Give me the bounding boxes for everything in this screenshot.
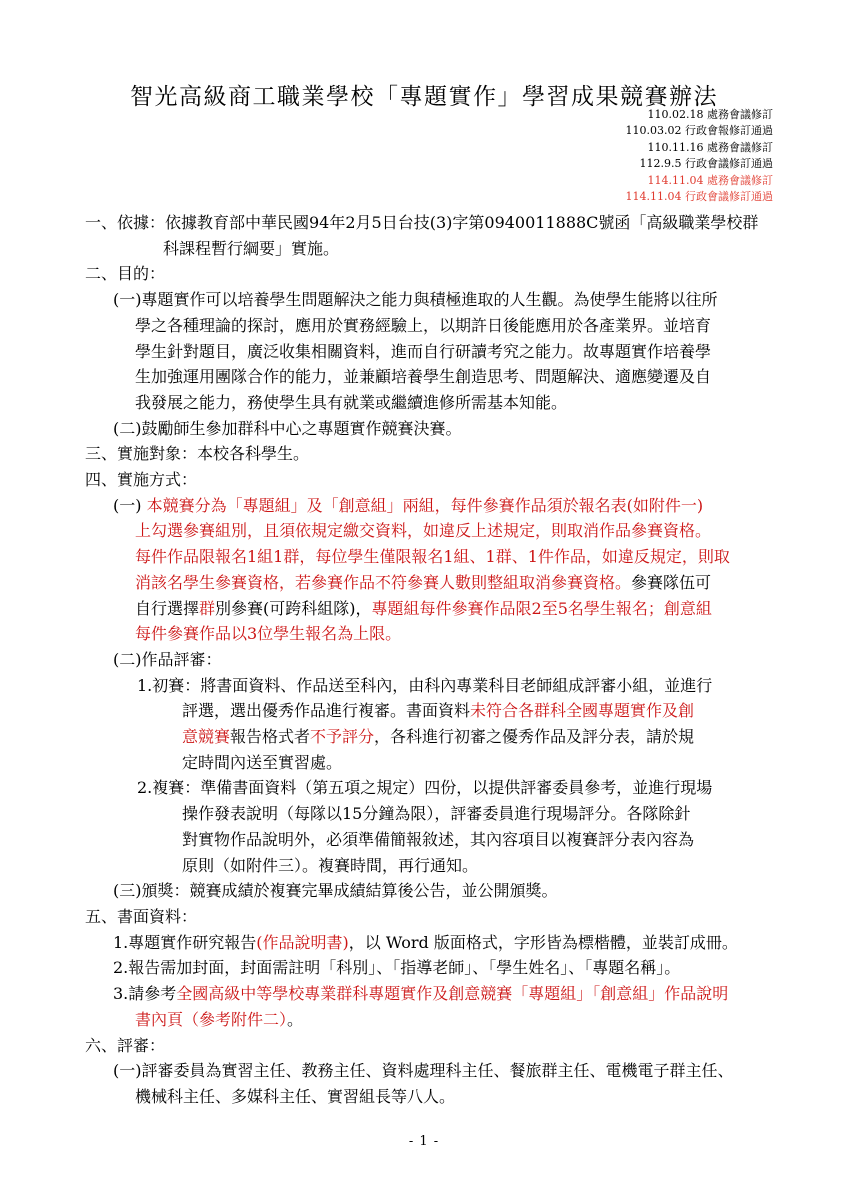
text-segment: 書內頁（參考附件二） bbox=[135, 1010, 287, 1029]
document-line: 消該名學生參賽資格，若參賽作品不符參賽人數則整組取消參賽資格。參賽隊伍可 bbox=[0, 570, 848, 596]
document-line: 生加強運用團隊合作的能力，並兼顧培養學生創造思考、問題解決、適應變遷及自 bbox=[0, 364, 848, 390]
text-segment: 上勾選參賽組別，且須依規定繳交資料，如違反上述規定，則取消作品參賽資格。 bbox=[135, 521, 711, 540]
text-segment: 五、書面資料： bbox=[85, 907, 197, 926]
document-line: (二)作品評審： bbox=[0, 647, 848, 673]
text-segment: 六、評審： bbox=[85, 1036, 165, 1055]
document-line: 我發展之能力，務使學生具有就業或繼續進修所需基本知能。 bbox=[0, 390, 848, 416]
text-segment: 參賽隊伍可 bbox=[631, 573, 711, 592]
document-line: 每件參賽作品以3位學生報名為上限。 bbox=[0, 621, 848, 647]
text-segment: 科課程暫行綱要」實施。 bbox=[163, 239, 339, 258]
revision-entry: 110.11.16 處務會議修訂 bbox=[626, 140, 773, 156]
document-line: 機械科主任、多媒科主任、實習組長等八人。 bbox=[0, 1084, 848, 1110]
document-line: 學生針對題目，廣泛收集相關資料，進而自行研讀考究之能力。故專題實作培養學 bbox=[0, 339, 848, 365]
text-segment: 消該名學生參賽資格，若參賽作品不符參賽人數則整組取消參賽資格。 bbox=[135, 573, 631, 592]
revision-entry: 110.03.02 行政會報修訂通過 bbox=[626, 123, 773, 139]
document-line: 學之各種理論的探討，應用於實務經驗上，以期許日後能應用於各產業界。並培育 bbox=[0, 313, 848, 339]
text-segment: 2.複賽：準備書面資料（第五項之規定）四份，以提供評審委員參考，並進行現場 bbox=[137, 778, 712, 797]
document-line: 一、依據：依據教育部中華民國94年2月5日台技(3)字第0940011888C號… bbox=[0, 210, 848, 236]
text-segment: 。 bbox=[287, 1010, 303, 1029]
revision-entry: 112.9.5 行政會議修訂通過 bbox=[626, 156, 773, 172]
document-line: 書內頁（參考附件二）。 bbox=[0, 1007, 848, 1033]
text-segment: 學生針對題目，廣泛收集相關資料，進而自行研讀考究之能力。故專題實作培養學 bbox=[135, 342, 711, 361]
text-segment: 不予評分 bbox=[310, 727, 374, 746]
text-segment: 1.初賽：將書面資料、作品送至科內，由科內專業科目老師組成評審小組，並進行 bbox=[137, 676, 712, 695]
document-line: 四、實施方式： bbox=[0, 467, 848, 493]
text-segment: 原則（如附件三）。複賽時間，再行通知。 bbox=[182, 856, 478, 875]
text-segment: 我發展之能力，務使學生具有就業或繼續進修所需基本知能。 bbox=[135, 393, 567, 412]
text-segment: 未符合各群科全國專題實作及創 bbox=[470, 701, 694, 720]
text-segment: 報告格式者 bbox=[230, 727, 310, 746]
revision-entry: 110.02.18 處務會議修訂 bbox=[626, 107, 773, 123]
text-segment: 機械科主任、多媒科主任、實習組長等八人。 bbox=[135, 1087, 455, 1106]
text-segment: (三)頒獎：競賽成績於複賽完畢成績結算後公告，並公開頒獎。 bbox=[113, 881, 558, 900]
document-line: (一) 本競賽分為「專題組」及「創意組」兩組，每件參賽作品須於報名表(如附件一) bbox=[0, 493, 848, 519]
document-line: (三)頒獎：競賽成績於複賽完畢成績結算後公告，並公開頒獎。 bbox=[0, 878, 848, 904]
text-segment: (一)專題實作可以培養學生問題解決之能力與積極進取的人生觀。為使學生能將以往所 bbox=[113, 290, 718, 309]
text-segment: 生加強運用團隊合作的能力，並兼顧培養學生創造思考、問題解決、適應變遷及自 bbox=[135, 367, 711, 386]
document-line: 自行選擇群別參賽(可跨科組隊)，專題組每件參賽作品限2至5名學生報名；創意組 bbox=[0, 596, 848, 622]
text-segment: 3.請參考 bbox=[113, 984, 176, 1003]
document-line: 意競賽報告格式者不予評分，各科進行初審之優秀作品及評分表，請於規 bbox=[0, 724, 848, 750]
document-line: 對實物作品說明外，必須準備簡報敘述，其內容項目以複賽評分表內容為 bbox=[0, 827, 848, 853]
document-line: 每件作品限報名1組1群，每位學生僅限報名1組、1群、1件作品，如違反規定，則取 bbox=[0, 544, 848, 570]
text-segment: 學之各種理論的探討，應用於實務經驗上，以期許日後能應用於各產業界。並培育 bbox=[135, 316, 711, 335]
text-segment: 別參賽(可跨科組隊)， bbox=[215, 599, 372, 618]
text-segment: 操作發表說明（每隊以15分鐘為限），評審委員進行現場評分。各隊除針 bbox=[182, 804, 690, 823]
document-line: 科課程暫行綱要」實施。 bbox=[0, 236, 848, 262]
document-line: 二、目的： bbox=[0, 261, 848, 287]
document-page: 智光高級商工職業學校「專題實作」學習成果競賽辦法 110.02.18 處務會議修… bbox=[0, 0, 848, 1200]
text-segment: 對實物作品說明外，必須準備簡報敘述，其內容項目以複賽評分表內容為 bbox=[182, 830, 694, 849]
document-line: 五、書面資料： bbox=[0, 904, 848, 930]
text-segment: 1.專題實作研究報告 bbox=[113, 933, 256, 952]
text-segment: (一)評審委員為實習主任、教務主任、資料處理科主任、餐旅群主任、電機電子群主任、 bbox=[113, 1061, 734, 1080]
text-segment: 四、實施方式： bbox=[85, 470, 197, 489]
text-segment: 每件作品限報名1組1群，每位學生僅限報名1組、1群、1件作品，如違反規定，則取 bbox=[135, 547, 730, 566]
text-segment: 定時間內送至實習處。 bbox=[182, 753, 342, 772]
text-segment: (一) bbox=[113, 496, 147, 515]
document-line: 三、實施對象：本校各科學生。 bbox=[0, 441, 848, 467]
text-segment: (作品說明書) bbox=[256, 933, 349, 952]
document-line: 定時間內送至實習處。 bbox=[0, 750, 848, 776]
document-line: 操作發表說明（每隊以15分鐘為限），評審委員進行現場評分。各隊除針 bbox=[0, 801, 848, 827]
text-segment: 三、實施對象：本校各科學生。 bbox=[85, 444, 309, 463]
document-line: 2.報告需加封面，封面需註明「科別」、「指導老師」、「學生姓名」、「專題名稱」。 bbox=[0, 955, 848, 981]
text-segment: ，以 Word 版面格式，字形皆為標楷體，並裝訂成冊。 bbox=[349, 933, 738, 952]
text-segment: 本競賽分為「專題組」及「創意組」兩組，每件參賽作品須於報名表(如附件一) bbox=[147, 496, 704, 515]
document-line: 上勾選參賽組別，且須依規定繳交資料，如違反上述規定，則取消作品參賽資格。 bbox=[0, 518, 848, 544]
text-segment: 自行選擇 bbox=[135, 599, 199, 618]
text-segment: 全國高級中等學校專業群科專題實作及創意競賽「專題組」「創意組」作品說明 bbox=[176, 984, 728, 1003]
document-line: (一)評審委員為實習主任、教務主任、資料處理科主任、餐旅群主任、電機電子群主任、 bbox=[0, 1058, 848, 1084]
document-line: 評選，選出優秀作品進行複審。書面資料未符合各群科全國專題實作及創 bbox=[0, 698, 848, 724]
document-line: 六、評審： bbox=[0, 1033, 848, 1059]
text-segment: (二)鼓勵師生參加群科中心之專題實作競賽決賽。 bbox=[113, 419, 462, 438]
document-line: 2.複賽：準備書面資料（第五項之規定）四份，以提供評審委員參考，並進行現場 bbox=[0, 775, 848, 801]
text-segment: 二、目的： bbox=[85, 264, 165, 283]
document-line: 1.初賽：將書面資料、作品送至科內，由科內專業科目老師組成評審小組，並進行 bbox=[0, 673, 848, 699]
text-segment: 一、依據：依據教育部中華民國94年2月5日台技(3)字第0940011888C號… bbox=[85, 213, 758, 232]
document-line: 1.專題實作研究報告(作品說明書)，以 Word 版面格式，字形皆為標楷體，並裝… bbox=[0, 930, 848, 956]
document-line: (二)鼓勵師生參加群科中心之專題實作競賽決賽。 bbox=[0, 416, 848, 442]
document-body: 一、依據：依據教育部中華民國94年2月5日台技(3)字第0940011888C號… bbox=[0, 210, 848, 1110]
text-segment: 2.報告需加封面，封面需註明「科別」、「指導老師」、「學生姓名」、「專題名稱」。 bbox=[113, 958, 680, 977]
document-line: (一)專題實作可以培養學生問題解決之能力與積極進取的人生觀。為使學生能將以往所 bbox=[0, 287, 848, 313]
revision-entry: 114.11.04 處務會議修訂 bbox=[626, 173, 773, 189]
document-line: 原則（如附件三）。複賽時間，再行通知。 bbox=[0, 853, 848, 879]
text-segment: 意競賽 bbox=[182, 727, 230, 746]
text-segment: (二)作品評審： bbox=[113, 650, 222, 669]
text-segment: ，各科進行初審之優秀作品及評分表，請於規 bbox=[374, 727, 694, 746]
text-segment: 評選，選出優秀作品進行複審。書面資料 bbox=[182, 701, 470, 720]
document-line: 3.請參考全國高級中等學校專業群科專題實作及創意競賽「專題組」「創意組」作品說明 bbox=[0, 981, 848, 1007]
revision-list: 110.02.18 處務會議修訂110.03.02 行政會報修訂通過110.11… bbox=[626, 107, 773, 205]
revision-entry: 114.11.04 行政會議修訂通過 bbox=[626, 189, 773, 205]
page-number: - 1 - bbox=[0, 1134, 848, 1149]
text-segment: 專題組每件參賽作品限2至5名學生報名；創意組 bbox=[372, 599, 712, 618]
text-segment: 群 bbox=[199, 599, 215, 618]
text-segment: 每件參賽作品以3位學生報名為上限。 bbox=[135, 624, 401, 643]
